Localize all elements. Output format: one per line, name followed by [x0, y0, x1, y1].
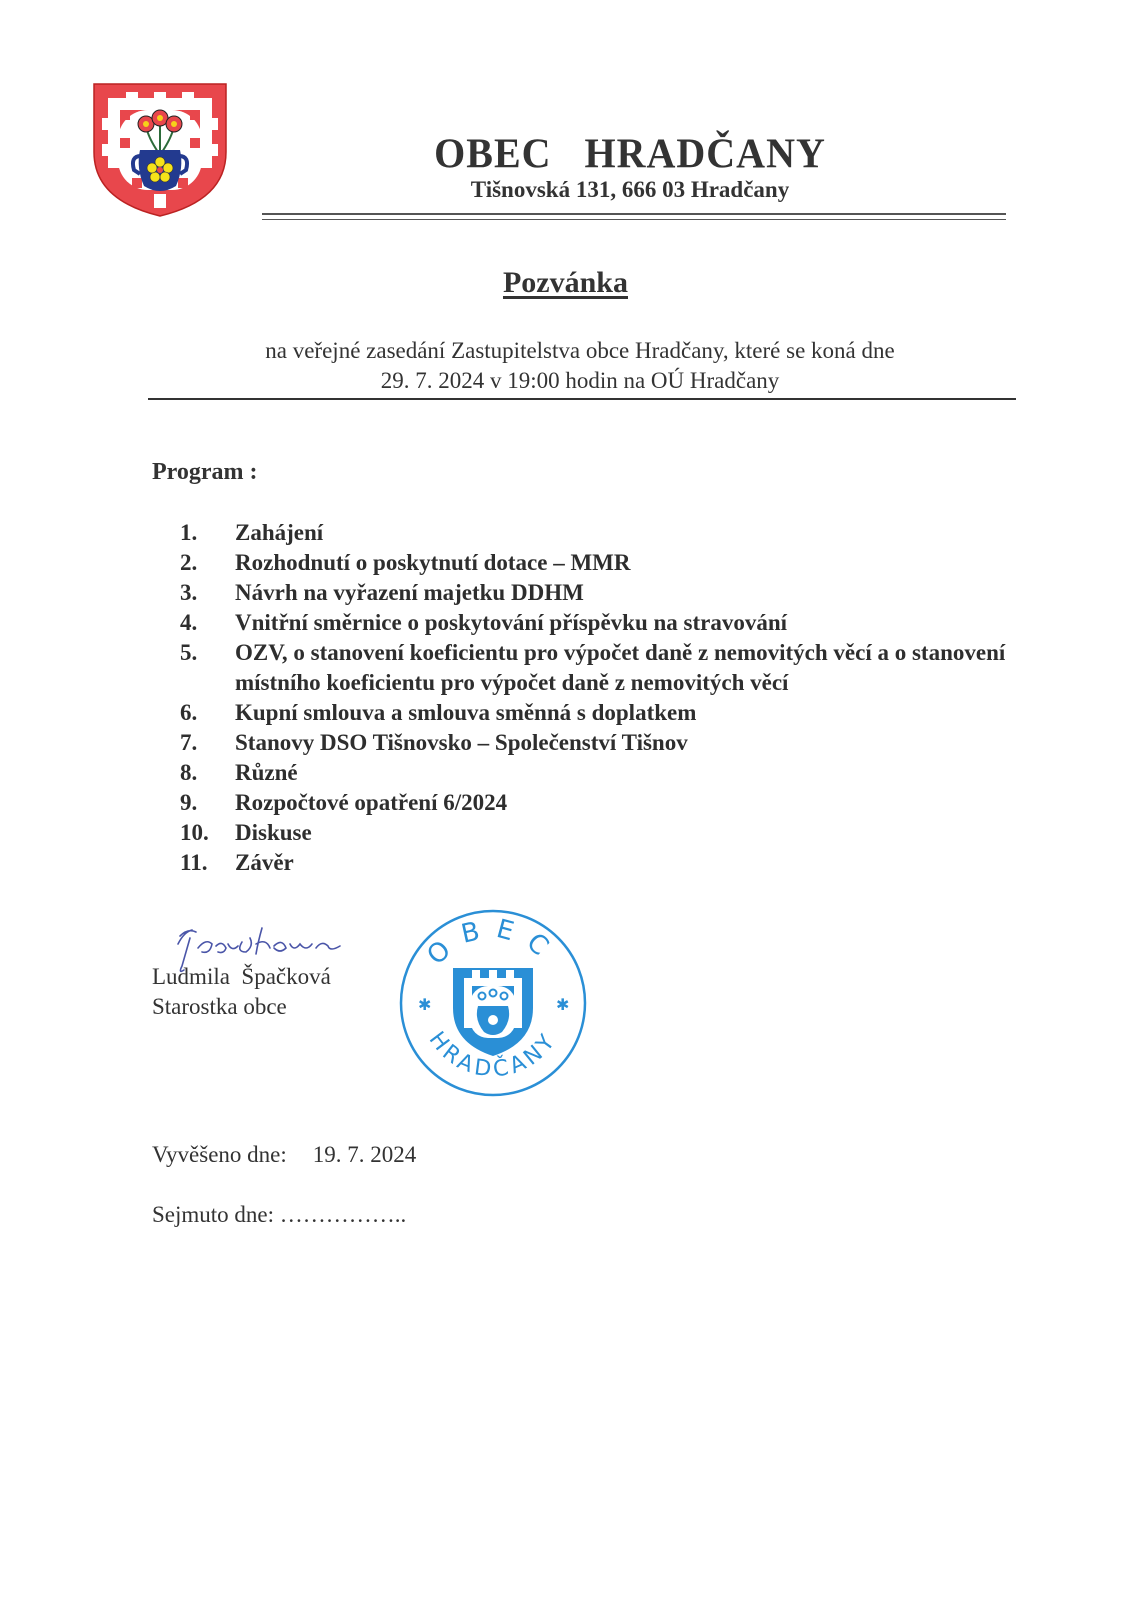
posted-date-row: Vyvěšeno dne:19. 7. 2024 [152, 1142, 416, 1168]
agenda-item-number: 8. [180, 758, 235, 788]
signer-role: Starostka obce [152, 992, 331, 1022]
agenda-item-text: Kupní smlouva a smlouva směnná s doplatk… [235, 698, 1040, 728]
agenda-item-number: 4. [180, 608, 235, 638]
agenda-item-text: Rozpočtové opatření 6/2024 [235, 788, 1040, 818]
municipality-title: OBEC HRADČANY [250, 129, 1010, 178]
removed-date: …………….. [280, 1202, 407, 1227]
removed-label: Sejmuto dne: [152, 1202, 274, 1227]
invitation-intro: na veřejné zasedání Zastupitelstva obce … [150, 336, 1010, 396]
agenda-item: 11.Závěr [180, 848, 1040, 878]
agenda-item: 7.Stanovy DSO Tišnovsko – Společenství T… [180, 728, 1040, 758]
header-divider [262, 213, 1006, 223]
agenda-item-number: 3. [180, 578, 235, 608]
agenda-item-text: OZV, o stanovení koeficientu pro výpočet… [235, 638, 1040, 698]
agenda-item: 8.Různé [180, 758, 1040, 788]
agenda-item-text: Vnitřní směrnice o poskytování příspěvku… [235, 608, 1040, 638]
agenda-item-text: Diskuse [235, 818, 1040, 848]
signer-name: Ludmila Špačková [152, 962, 331, 992]
intro-line-1: na veřejné zasedání Zastupitelstva obce … [150, 336, 1010, 366]
intro-divider [148, 398, 1016, 400]
agenda-item-number: 2. [180, 548, 235, 578]
signer-block: Ludmila Špačková Starostka obce [152, 962, 331, 1022]
agenda-item-text: Závěr [235, 848, 1040, 878]
agenda-item-number: 10. [180, 818, 235, 848]
municipal-crest-icon [92, 82, 228, 218]
agenda-item-text: Zahájení [235, 518, 1040, 548]
municipality-address: Tišnovská 131, 666 03 Hradčany [250, 177, 1010, 203]
svg-text:✱: ✱ [418, 997, 431, 1014]
agenda-item-text: Rozhodnutí o poskytnutí dotace – MMR [235, 548, 1040, 578]
removed-date-row: Sejmuto dne: …………….. [152, 1202, 406, 1228]
agenda-item-text: Návrh na vyřazení majetku DDHM [235, 578, 1040, 608]
svg-text:✱: ✱ [556, 997, 569, 1014]
agenda-item: 6.Kupní smlouva a smlouva směnná s dopla… [180, 698, 1040, 728]
posted-date: 19. 7. 2024 [313, 1142, 417, 1167]
agenda-item-number: 9. [180, 788, 235, 818]
agenda-item-text: Různé [235, 758, 1040, 788]
agenda-item-number: 11. [180, 848, 235, 878]
agenda-item: 10.Diskuse [180, 818, 1040, 848]
agenda-item-number: 5. [180, 638, 235, 698]
program-label: Program : [152, 459, 258, 486]
svg-text:OBEC: OBEC [422, 914, 565, 972]
agenda-list: 1.Zahájení2.Rozhodnutí o poskytnutí dota… [180, 518, 1040, 878]
official-stamp-icon: OBEC HRADČANY ✱ ✱ [398, 908, 588, 1098]
agenda-item: 9.Rozpočtové opatření 6/2024 [180, 788, 1040, 818]
stamp-top-text: OBEC [422, 914, 565, 972]
agenda-item: 3.Návrh na vyřazení majetku DDHM [180, 578, 1040, 608]
agenda-item: 4.Vnitřní směrnice o poskytování příspěv… [180, 608, 1040, 638]
posted-label: Vyvěšeno dne: [152, 1142, 287, 1167]
agenda-item-number: 7. [180, 728, 235, 758]
document-heading: Pozvánka [0, 266, 1131, 300]
agenda-item-number: 6. [180, 698, 235, 728]
agenda-item-text: Stanovy DSO Tišnovsko – Společenství Tiš… [235, 728, 1040, 758]
agenda-item: 1.Zahájení [180, 518, 1040, 548]
intro-line-2: 29. 7. 2024 v 19:00 hodin na OÚ Hradčany [150, 366, 1010, 396]
agenda-item-number: 1. [180, 518, 235, 548]
agenda-item: 5.OZV, o stanovení koeficientu pro výpoč… [180, 638, 1040, 698]
agenda-item: 2.Rozhodnutí o poskytnutí dotace – MMR [180, 548, 1040, 578]
